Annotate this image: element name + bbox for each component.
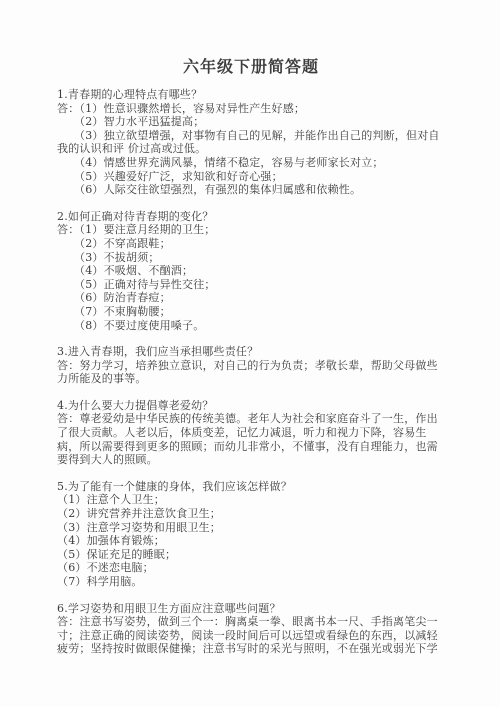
answer-line: 答：（1）要注意月经期的卫生； <box>57 223 457 237</box>
answer-line: 寸；注意正确的阅读姿势，阅读一段时间后可以远望或看绿色的东西，以减轻 <box>57 629 457 643</box>
question-text: 3.进入青春期，我们应当承担哪些责任？ <box>57 345 457 359</box>
question-text: 2.如何正确对待青春期的变化？ <box>57 210 457 224</box>
answer-line: （7）不束胸勒腰； <box>57 305 457 319</box>
answer-line: （4）情感世界充满风暴，情绪不稳定，容易与老师家长对立； <box>57 156 457 170</box>
answer-line: （3）独立欲望增强，对事物有自己的见解，并能作出自己的判断，但对自 <box>57 129 457 143</box>
answer-line: （3）不拔胡须； <box>57 251 457 265</box>
question-text: 6.学习姿势和用眼卫生方面应注意哪些问题？ <box>57 602 457 616</box>
answer-line: 答：注意书写姿势，做到三个一：胸离桌一拳、眼离书本一尺、手指离笔尖一 <box>57 615 457 629</box>
answer-line: （1）注意个人卫生； <box>57 493 457 507</box>
answer-line: （4）不吸烟、不酗酒； <box>57 264 457 278</box>
answer-line: 了很大贡献。人老以后，体质变差，记忆力减退，听力和视力下降，容易生 <box>57 426 457 440</box>
answer-line: 答：努力学习，培养独立意识，对自己的行为负责；孝敬长辈，帮助父母做些 <box>57 359 457 373</box>
question-block-1: 1.青春期的心理特点有哪些？ 答：（1）性意识骤然增长，容易对异性产生好感； （… <box>57 88 457 197</box>
question-block-5: 5.为了能有一个健康的身体，我们应该怎样做？ （1）注意个人卫生； （2）讲究营… <box>57 480 457 589</box>
document-page: 六年级下册简答题 1.青春期的心理特点有哪些？ 答：（1）性意识骤然增长，容易对… <box>0 0 500 707</box>
answer-line: （2）智力水平迅猛提高； <box>57 115 457 129</box>
answer-line: （2）讲究营养并注意饮食卫生； <box>57 507 457 521</box>
answer-line: 要得到大人的照顾。 <box>57 453 457 467</box>
question-text: 5.为了能有一个健康的身体，我们应该怎样做？ <box>57 480 457 494</box>
document-title: 六年级下册简答题 <box>57 56 445 78</box>
answer-line: （5）正确对待与异性交往； <box>57 278 457 292</box>
answer-line: 答：（1）性意识骤然增长，容易对异性产生好感； <box>57 102 457 116</box>
answer-line: 病，所以需要得到更多的照顾；而幼儿非常小，不懂事，没有自理能力，也需 <box>57 440 457 454</box>
answer-line: 我的认识和评 价过高或过低。 <box>57 142 457 156</box>
answer-line: 答：尊老爱幼是中华民族的传统美德。老年人为社会和家庭奋斗了一生，作出 <box>57 412 457 426</box>
answer-line: （8）不要过度使用嗓子。 <box>57 319 457 333</box>
question-text: 4.为什么要大力提倡尊老爱幼？ <box>57 399 457 413</box>
answer-line: （5）兴趣爱好广泛，求知欲和好奇心强； <box>57 170 457 184</box>
document-body: 1.青春期的心理特点有哪些？ 答：（1）性意识骤然增长，容易对异性产生好感； （… <box>57 88 457 656</box>
question-block-6: 6.学习姿势和用眼卫生方面应注意哪些问题？ 答：注意书写姿势，做到三个一：胸离桌… <box>57 602 457 656</box>
question-block-3: 3.进入青春期，我们应当承担哪些责任？ 答：努力学习，培养独立意识，对自己的行为… <box>57 345 457 386</box>
question-block-4: 4.为什么要大力提倡尊老爱幼？ 答：尊老爱幼是中华民族的传统美德。老年人为社会和… <box>57 399 457 467</box>
answer-line: （6）不迷恋电脑； <box>57 561 457 575</box>
answer-line: （6）防治青春痘； <box>57 291 457 305</box>
answer-line: （3）注意学习姿势和用眼卫生； <box>57 521 457 535</box>
answer-line: （4）加强体育锻炼； <box>57 534 457 548</box>
answer-line: 疲劳；坚持按时做眼保健操；注意书写时的采光与照明，不在强光或弱光下学 <box>57 642 457 656</box>
answer-line: 力所能及的事等。 <box>57 372 457 386</box>
answer-line: （7）科学用脑。 <box>57 575 457 589</box>
answer-line: （6）人际交往欲望强烈，有强烈的集体归属感和依赖性。 <box>57 183 457 197</box>
answer-line: （5）保证充足的睡眠； <box>57 548 457 562</box>
question-text: 1.青春期的心理特点有哪些？ <box>57 88 457 102</box>
answer-line: （2）不穿高跟鞋； <box>57 237 457 251</box>
question-block-2: 2.如何正确对待青春期的变化？ 答：（1）要注意月经期的卫生； （2）不穿高跟鞋… <box>57 210 457 332</box>
